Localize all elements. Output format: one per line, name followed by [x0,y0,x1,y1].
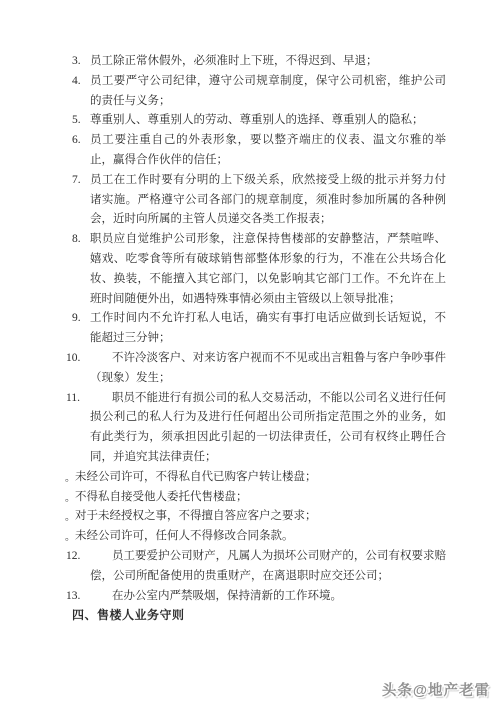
numbered-item: 6.员工要注重自己的外表形象，要以整齐端庄的仪表、温文尔雅的举止，赢得合作伙伴的… [60,131,446,171]
item-text: 未经公司许可，不得私自代已购客户转让楼盘； [75,471,317,483]
section-heading: 四、售楼人业务守则 [60,606,446,626]
item-text: 员工在工作时要有分明的上下级关系，欣然接受上级的批示并努力付诸实施。严格遵守公司… [90,174,446,226]
item-text: 员工要爱护公司财产，凡属人为损坏公司财产的，公司有权要求赔偿，公司所配备使用的贵… [90,550,446,582]
numbered-item: 7.员工在工作时要有分明的上下级关系，欣然接受上级的批示并努力付诸实施。严格遵守… [60,171,446,230]
heading-text: 四、售楼人业务守则 [72,608,185,622]
item-number: 4. [72,72,81,92]
item-text: 尊重别人、尊重别人的劳动、尊重别人的选择、尊重别人的隐私； [90,114,424,126]
item-text: 工作时间内不允许打私人电话，确实有事打电话应做到长话短说，不能超过三分钟； [90,312,446,344]
item-text: 职员不能进行有损公司的私人交易活动，不能以公司名义进行任何损公利己的私人行为及进… [90,392,446,463]
bullet-item: 。未经公司许可，不得私自代已购客户转让楼盘； [60,468,446,488]
item-number: 5. [72,111,81,131]
document-body: 3.员工除正常休假外，必须准时上下班，不得迟到、早退；4.员工要严守公司纪律，遵… [60,52,446,626]
bullet-item: 。对于未经授权之事，不得擅自答应客户之要求； [60,507,446,527]
item-number: 12. [66,547,80,567]
item-text: 对于未经授权之事，不得擅自答应客户之要求； [75,510,317,522]
numbered-item: 5.尊重别人、尊重别人的劳动、尊重别人的选择、尊重别人的隐私； [60,111,446,131]
item-number: 9. [72,309,81,329]
numbered-item: 13.在办公室内严禁吸烟，保持清新的工作环境。 [60,587,446,607]
item-text: 在办公室内严禁吸烟，保持清新的工作环境。 [112,590,342,602]
item-text: 职员应自觉维护公司形象，注意保持售楼部的安静整洁，严禁喧哗、嬉戏、吃零食等所有破… [90,233,446,304]
bullet-icon: 。 [65,508,75,528]
numbered-item: 8.职员应自觉维护公司形象，注意保持售楼部的安静整洁，严禁喧哗、嬉戏、吃零食等所… [60,230,446,309]
item-text: 未经公司许可，任何人不得修改合同条款。 [75,530,294,542]
item-number: 6. [72,131,81,151]
bullet-icon: 。 [65,528,75,548]
numbered-item: 12.员工要爱护公司财产，凡属人为损坏公司财产的，公司有权要求赔偿，公司所配备使… [60,547,446,587]
watermark: 头条@地产老雷 [382,679,490,700]
numbered-item: 10.不许冷淡客户、对来访客户视而不不见或出言粗鲁与客户争吵事件（现象）发生； [60,349,446,389]
item-number: 11. [66,389,80,409]
item-number: 8. [72,230,81,250]
item-number: 7. [72,171,81,191]
numbered-item: 9.工作时间内不允许打私人电话，确实有事打电话应做到长话短说，不能超过三分钟； [60,309,446,349]
bullet-icon: 。 [65,469,75,489]
bullet-item: 。不得私自接受他人委托代售楼盘； [60,488,446,508]
item-text: 不许冷淡客户、对来访客户视而不不见或出言粗鲁与客户争吵事件（现象）发生； [90,352,446,384]
item-text: 员工要严守公司纪律，遵守公司规章制度，保守公司机密，维护公司的责任与义务； [90,75,446,107]
numbered-item: 11.职员不能进行有损公司的私人交易活动，不能以公司名义进行任何损公利己的私人行… [60,389,446,468]
bullet-icon: 。 [65,489,75,509]
item-text: 员工除正常休假外，必须准时上下班，不得迟到、早退； [90,55,378,67]
item-number: 3. [72,52,81,72]
bullet-item: 。未经公司许可，任何人不得修改合同条款。 [60,527,446,547]
item-number: 10. [66,349,80,369]
item-text: 不得私自接受他人委托代售楼盘； [75,491,248,503]
numbered-item: 4.员工要严守公司纪律，遵守公司规章制度，保守公司机密，维护公司的责任与义务； [60,72,446,112]
numbered-item: 3.员工除正常休假外，必须准时上下班，不得迟到、早退； [60,52,446,72]
item-number: 13. [66,587,80,607]
item-text: 员工要注重自己的外表形象，要以整齐端庄的仪表、温文尔雅的举止，赢得合作伙伴的信任… [90,134,446,166]
